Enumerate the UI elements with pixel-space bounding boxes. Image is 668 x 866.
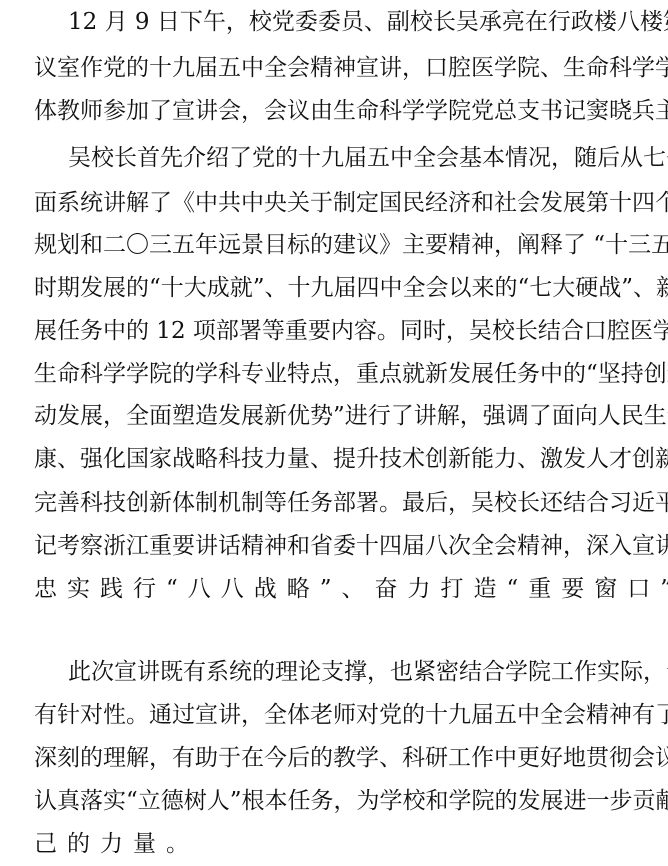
text-line: 时期发展的“十大成就”、十九届四中全会以来的“七大硬战”、新发: [34, 273, 646, 303]
text-line: 深刻的理解，有助于在今后的教学、科研工作中更好地贯彻会议精神，: [34, 743, 646, 773]
text-line: 康、强化国家战略科技力量、提升技术创新能力、激发人才创新活力、: [34, 444, 646, 474]
text-line: 记考察浙江重要讲话精神和省委十四届八次全会精神，深入宣讲我省: [34, 531, 646, 561]
text-line: 认真落实“立德树人”根本任务，为学校和学院的发展进一步贡献自: [34, 786, 646, 816]
text-line: 面系统讲解了《中共中央关于制定国民经济和社会发展第十四个五年: [34, 188, 646, 218]
text-line: 完善科技创新体制机制等任务部署。最后，吴校长还结合习近平总书: [34, 488, 646, 518]
text-line: 有针对性。通过宣讲，全体老师对党的十九届五中全会精神有了更为: [34, 700, 646, 730]
text-line: 12 月 9 日下午，校党委委员、副校长吴承亮在行政楼八楼第一会: [68, 7, 646, 37]
text-line: 生命科学学院的学科专业特点，重点就新发展任务中的“坚持创新驱: [34, 359, 646, 389]
text-line: 规划和二〇三五年远景目标的建议》主要精神，阐释了 “十三五”: [34, 230, 646, 260]
text-line: 动发展，全面塑造发展新优势”进行了讲解，强调了面向人民生命健: [34, 401, 646, 431]
text-line: 忠实践行“八八战略”、奋力打造“重要窗口”的生动实践。: [34, 574, 646, 604]
text-line: 体教师参加了宣讲会，会议由生命科学学院党总支书记窦晓兵主持。: [34, 96, 646, 126]
document-body: 12 月 9 日下午，校党委委员、副校长吴承亮在行政楼八楼第一会议室作党的十九届…: [0, 0, 668, 866]
text-line: 议室作党的十九届五中全会精神宣讲，口腔医学院、生命科学学院全: [34, 53, 646, 83]
text-line: 展任务中的 12 项部署等重要内容。同时，吴校长结合口腔医学院、: [34, 316, 646, 346]
text-line: 己的力量。: [34, 829, 646, 859]
text-line: 吴校长首先介绍了党的十九届五中全会基本情况，随后从七个方: [68, 143, 646, 173]
text-line: 此次宣讲既有系统的理论支撑，也紧密结合学院工作实际，十分: [68, 657, 646, 687]
